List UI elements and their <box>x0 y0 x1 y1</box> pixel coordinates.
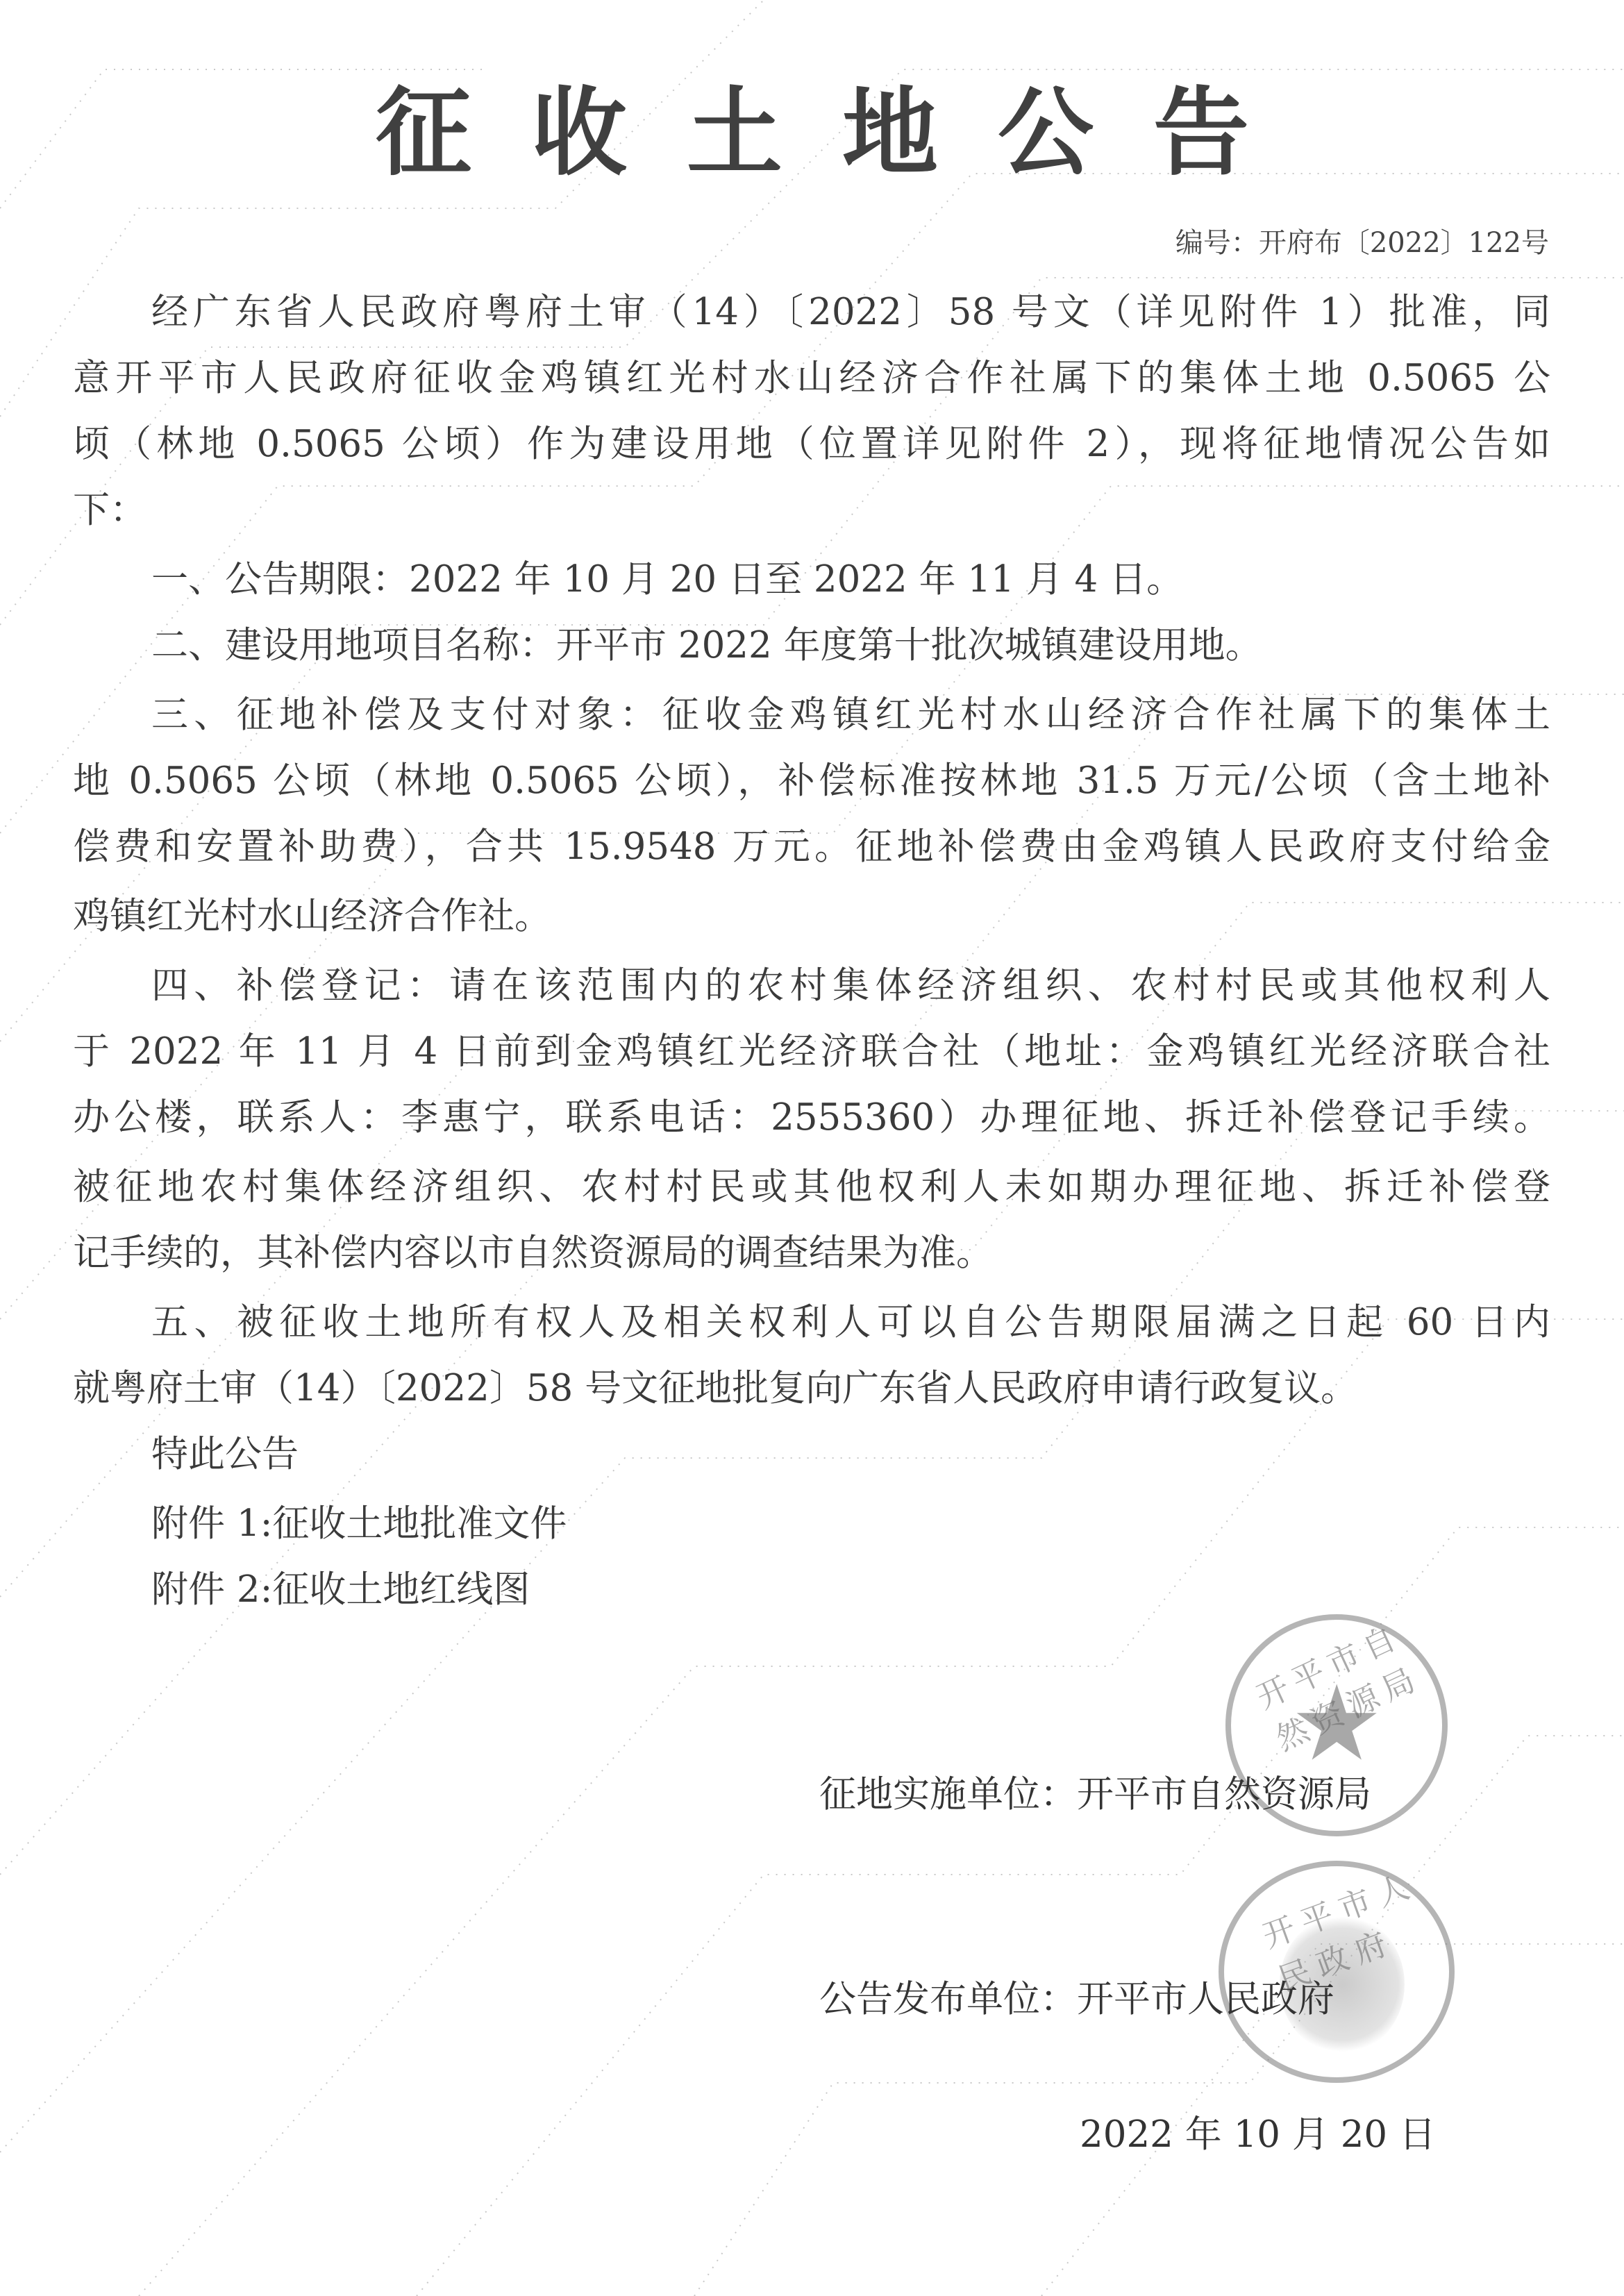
title-char: 收 <box>530 56 628 194</box>
notice-page: 征 收 土 地 公 告 编号：开府布〔2022〕122号 经广东省人民政府粤府土… <box>0 0 1624 2296</box>
item-compensation: 地 0.5065 公顷（林地 0.5065 公顷），补偿标准按林地 31.5 万… <box>73 757 1550 805</box>
item-registration: 被征地农村集体经济组织、农村村民或其他权利人未如期办理征地、拆迁补偿登 <box>73 1163 1550 1212</box>
item-registration: 四、补偿登记：请在该范围内的农村集体经济组织、农村村民或其他权利人 <box>151 962 1550 1010</box>
title-char: 告 <box>1153 56 1250 194</box>
item-compensation: 偿费和安置补助费），合共 15.9548 万元。征地补偿费由金鸡镇人民政府支付给… <box>73 823 1550 871</box>
closing-text: 特此公告 <box>151 1430 1550 1479</box>
attachment-1: 附件 1:征收土地批准文件 <box>151 1500 1550 1548</box>
document-title: 征 收 土 地 公 告 <box>375 66 1250 184</box>
item-registration: 于 2022 年 11 月 4 日前到金鸡镇红光经济联合社（地址：金鸡镇红光经济… <box>73 1028 1550 1076</box>
item-registration: 办公楼，联系人：李惠宁，联系电话：2555360）办理征地、拆迁补偿登记手续。 <box>73 1093 1550 1142</box>
item-announcement-period: 一、公告期限：2022 年 10 月 20 日至 2022 年 11 月 4 日… <box>151 555 1550 604</box>
item-project-name: 二、建设用地项目名称：开平市 2022 年度第十批次城镇建设用地。 <box>151 621 1550 670</box>
title-char: 地 <box>842 56 939 194</box>
official-seal-government: 开平市人民政府 <box>1219 1861 1455 2083</box>
item-review: 五、被征收土地所有权人及相关权利人可以自公告期限届满之日起 60 日内 <box>151 1298 1550 1347</box>
title-char: 公 <box>997 56 1094 194</box>
item-compensation: 三、征地补偿及支付对象：征收金鸡镇红光村水山经济合作社属下的集体土 <box>151 691 1550 739</box>
intro-line: 下： <box>73 486 1550 535</box>
item-compensation: 鸡镇红光村水山经济合作社。 <box>73 892 1550 941</box>
title-char: 征 <box>375 56 472 194</box>
item-review: 就粤府土审（14）〔2022〕58 号文征地批复向广东省人民政府申请行政复议。 <box>73 1364 1550 1413</box>
intro-line: 顷（林地 0.5065 公顷）作为建设用地（位置详见附件 2），现将征地情况公告… <box>73 420 1550 469</box>
title-char: 土 <box>686 56 783 194</box>
intro-line: 经广东省人民政府粤府土审（14）〔2022〕58 号文（详见附件 1）批准，同 <box>151 288 1550 337</box>
item-registration: 记手续的，其补偿内容以市自然资源局的调查结果为准。 <box>73 1229 1550 1277</box>
intro-line: 意开平市人民政府征收金鸡镇红光村水山经济合作社属下的集体土地 0.5065 公 <box>73 354 1550 403</box>
attachment-2: 附件 2:征收土地红线图 <box>151 1566 1550 1614</box>
publish-date: 2022 年 10 月 20 日 <box>1080 2111 1436 2159</box>
implementing-unit: 征地实施单位：开平市自然资源局 <box>819 1770 1371 1819</box>
document-number: 编号：开府布〔2022〕122号 <box>1175 221 1549 260</box>
publishing-unit: 公告发布单位：开平市人民政府 <box>819 1975 1334 2024</box>
